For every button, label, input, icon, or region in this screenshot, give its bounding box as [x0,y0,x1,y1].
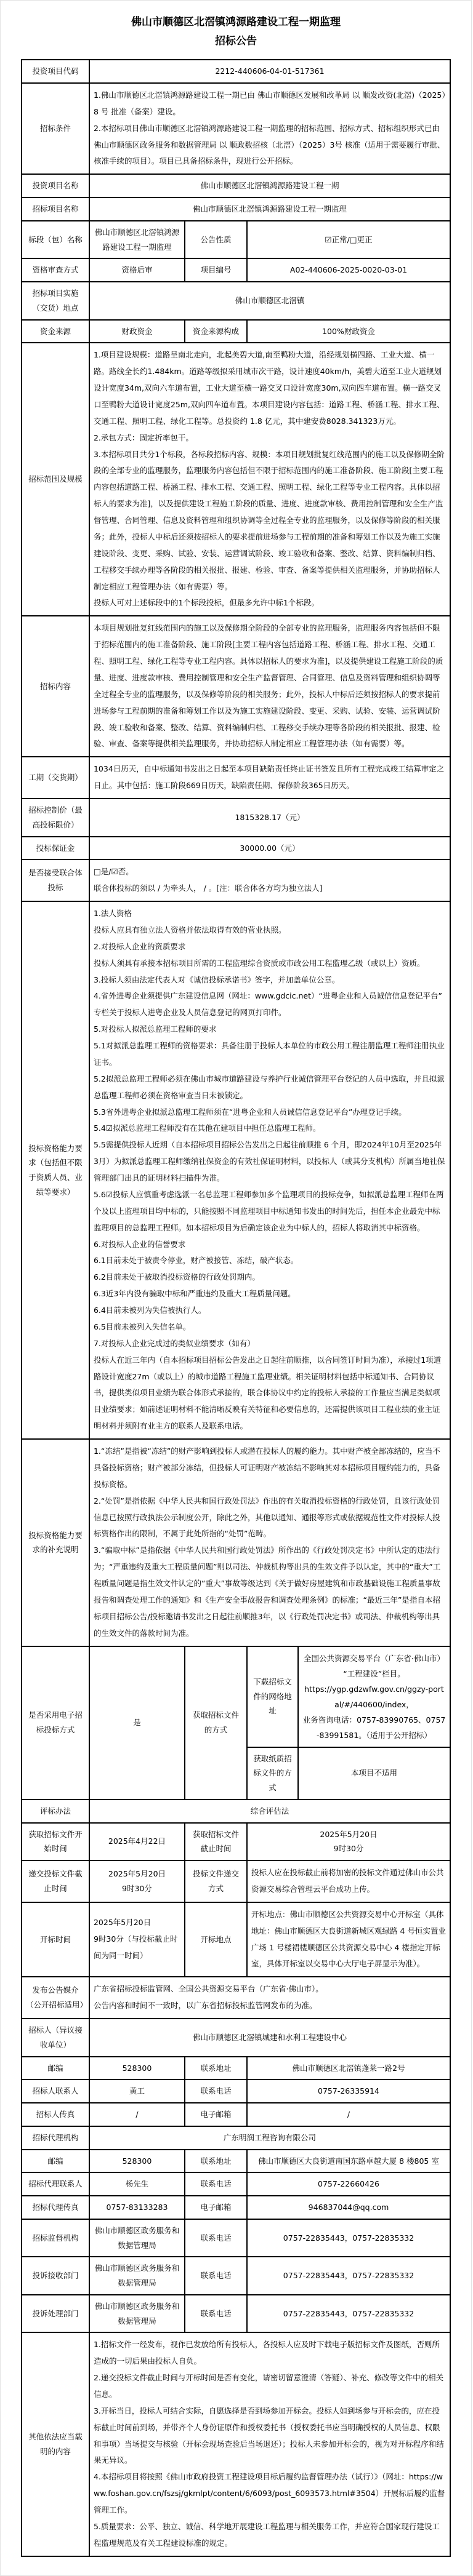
download-address-label: 下载招标文件的网络地址 [247,1646,298,1747]
row-section-name: 标段（包）名称 佛山市顺德区北滘镇鸿源路建设工程一期监理 公告性质 ☑正常/□更… [22,221,450,259]
section-name-value: 佛山市顺德区北滘镇鸿源路建设工程一期监理 [89,221,185,259]
project-code-label: 投资项目代码 [22,60,89,83]
opening-place-label: 开标地点 [185,1902,247,1977]
row-other: 其他依法应当载明的内容 1.招标文件一经发布，视作已发放给所有投标人，各投标人应… [22,2332,450,2556]
duration-value: 1034日历天，自中标通知书发出之日起至本项目缺陷责任终止证书签发且所有工程完成… [89,757,450,799]
row-supervision: 招标监督机构 佛山市顺德区政务服务和数据管理局 联系电话 0757-228354… [22,2219,450,2257]
row-investment-project-name: 投资项目名称 佛山市顺德区北滘镇鸿源路建设工程一期 [22,174,450,197]
bid-bond-value: 30000.00（元） [89,837,450,860]
row-location: 招标项目实施（交货）地点 佛山市顺德区北滘镇 [22,282,450,320]
consortium-value: □是/☑否。 联合体投标的须以 / 为牵头人， / 。[注：联合体各方均为独立法… [89,859,450,901]
row-tenderer-postcode: 邮编 528300 联系地址 佛山市顺德区北滘镇蓬莱一路2号 [22,2057,450,2080]
content-value: 本项目规划批复红线范围内的施工以及保修期全阶段的全部专业的监理服务，监理服务内容… [89,616,450,757]
submission-deadline-label: 递交投标文件截止时间 [22,1860,89,1902]
media-label: 发布公告媒介（公开招标适用） [22,1977,89,2019]
tender-conditions-value: 1.佛山市顺德区北滘镇鸿源路建设工程一期已由 佛山市顺德区发展和改革局 以 顺发… [89,83,450,174]
agency-label: 招标代理机构 [22,2126,89,2150]
tenderer-label: 招标人（异议接收单位） [22,2019,89,2057]
supervision-value: 佛山市顺德区政务服务和数据管理局 [89,2219,185,2257]
row-electronic-bidding: 是否采用电子招标投标方式 是 获取招标文件的方式 下载招标文件的网络地址 全国公… [22,1646,450,1747]
row-bid-bond: 投标保证金 30000.00（元） [22,837,450,860]
scope-value: 1.项目建设规模：道路呈南北走向，北起美碧大道,南至鸭粉大道，沿经规划横四路、工… [89,343,450,616]
electronic-bidding-label: 是否采用电子招标投标方式 [22,1646,89,1800]
agency-address-label: 联系地址 [185,2150,247,2173]
opening-place-value: 开标地点：佛山市顺德区公共资源交易中心开标室（具体地址：佛山市顺德区大良街道新城… [247,1902,450,1977]
qualification-requirements-label: 投标资格能力要求（包括但不限于资质人员、业绩等要求） [22,901,89,1439]
evaluation-value: 综合评估法 [89,1800,450,1823]
location-label: 招标项目实施（交货）地点 [22,282,89,320]
page-title: 佛山市顺德区北滘镇鸿源路建设工程一期监理 招标公告 [1,13,471,50]
tenderer-phone-value: 0757-26335914 [247,2080,450,2103]
tenderer-postcode-label: 邮编 [22,2057,89,2080]
agency-phone-value: 0757-22660426 [247,2172,450,2196]
consortium-label: 是否接受联合体投标 [22,859,89,901]
tenderer-address-value: 佛山市顺德区北滘镇蓬莱一路2号 [247,2057,450,2080]
tender-project-name-value: 佛山市顺德区北滘镇鸿源路建设工程一期监理 [89,197,450,221]
agency-email-value: 946837044@qq.com [247,2196,450,2219]
page-title-line2: 招标公告 [1,32,471,51]
tender-project-name-label: 招标项目名称 [22,197,89,221]
doc-obtain-start-label: 获取招标文件开始时间 [22,1823,89,1861]
agency-phone-label: 联系电话 [185,2172,247,2196]
supplementary-notes-label: 投标资格能力要求的补充说明 [22,1439,89,1646]
tenderer-email-label: 电子邮箱 [185,2103,247,2126]
project-number-label: 项目编号 [185,258,247,282]
other-value: 1.招标文件一经发布，视作已发放给所有投标人，各投标人应及时下载电子版招标文件及… [89,2332,450,2556]
row-complaint-receiving: 投诉接收部门 佛山市顺德区政务服务和数据管理局 联系电话 0757-228354… [22,2257,450,2295]
notice-nature-value: ☑正常/□更正 [247,221,450,259]
funding-label: 资金来源 [22,320,89,343]
duration-label: 工期（交货期） [22,757,89,799]
funding-value: 财政资金 [89,320,185,343]
page-title-line1: 佛山市顺德区北滘镇鸿源路建设工程一期监理 [1,13,471,32]
supplementary-notes-value: 1.“冻结”是指被“冻结”的财产影响到投标人或潜在投标人的履约能力。其中财产被全… [89,1439,450,1646]
row-agency: 招标代理机构 广东明润工程咨询有限公司 [22,2126,450,2150]
supervision-label: 招标监督机构 [22,2219,89,2257]
tenderer-contact-value: 黄工 [89,2080,185,2103]
agency-value: 广东明润工程咨询有限公司 [89,2126,450,2150]
submission-deadline-value: 2025年5月20日 9时30分 [89,1860,185,1902]
row-project-code: 投资项目代码 2212-440606-04-01-517361 [22,60,450,83]
qualification-review-label: 资格审查方式 [22,258,89,282]
tender-conditions-label: 招标条件 [22,83,89,174]
row-supplementary-notes: 投标资格能力要求的补充说明 1.“冻结”是指被“冻结”的财产影响到投标人或潜在投… [22,1439,450,1646]
row-funding: 资金来源 财政资金 资金来源构成 100%财政资金 [22,320,450,343]
complaint-receiving-label: 投诉接收部门 [22,2257,89,2295]
doc-obtain-start-value: 2025年4月22日 [89,1823,185,1861]
tenderer-address-label: 联系地址 [185,2057,247,2080]
supervision-phone-value: 0757-22835443，0757-22835332 [247,2219,450,2257]
section-name-label: 标段（包）名称 [22,221,89,259]
agency-postcode-label: 邮编 [22,2150,89,2173]
agency-fax-label: 招标代理传真 [22,2196,89,2219]
agency-postcode-value: 528300 [89,2150,185,2173]
complaint-receiving-value: 佛山市顺德区政务服务和数据管理局 [89,2257,185,2295]
evaluation-label: 评标办法 [22,1800,89,1823]
opening-time-value: 2025年5月20日 9时30分（与投标截止时间为同一时间） [89,1902,185,1977]
row-agency-fax: 招标代理传真 0757-83133283 电子邮箱 946837044@qq.c… [22,2196,450,2219]
submission-method-label: 投标文件递交方式 [185,1860,247,1902]
content-label: 招标内容 [22,616,89,757]
row-tender-project-name: 招标项目名称 佛山市顺德区北滘镇鸿源路建设工程一期监理 [22,197,450,221]
location-value: 佛山市顺德区北滘镇 [89,282,450,320]
row-doc-obtain-time: 获取招标文件开始时间 2025年4月22日 获取招标文件截止时间 2025年5月… [22,1823,450,1861]
row-tenderer-contact: 招标人联系人 黄工 联系电话 0757-26335914 [22,2080,450,2103]
announcement-table: 投资项目代码 2212-440606-04-01-517361 招标条件 1.佛… [21,59,451,2557]
bid-bond-label: 投标保证金 [22,837,89,860]
complaint-receiving-phone-value: 0757-22835443，0757-22835332 [247,2257,450,2295]
complaint-handling-label: 投诉处理部门 [22,2295,89,2333]
investment-project-name-value: 佛山市顺德区北滘镇鸿源路建设工程一期 [89,174,450,197]
tenderer-phone-label: 联系电话 [185,2080,247,2103]
submission-method-value: 投标人应在投标截止前将加密的投标文件通过佛山市公共资源交易综合管理云平台成功上传… [247,1860,450,1902]
other-label: 其他依法应当载明的内容 [22,2332,89,2556]
tenderer-fax-value: / [89,2103,185,2126]
row-scope: 招标范围及规模 1.项目建设规模：道路呈南北走向，北起美碧大道,南至鸭粉大道，沿… [22,343,450,616]
row-agency-postcode: 邮编 528300 联系地址 佛山市顺德区大良街道南国东路卓越大厦 8 楼805… [22,2150,450,2173]
paper-doc-label: 获取纸质招标文件的方式 [247,1747,298,1800]
media-value: 广东省招标投标监管网、全国公共资源交易平台（广东省·佛山市）。 公告内容和时间不… [89,1977,450,2019]
row-tender-conditions: 招标条件 1.佛山市顺德区北滘镇鸿源路建设工程一期已由 佛山市顺德区发展和改革局… [22,83,450,174]
opening-time-label: 开标时间 [22,1902,89,1977]
control-price-value: 1815328.17（元） [89,799,450,837]
row-tenderer-fax: 招标人传真 / 电子邮箱 / [22,2103,450,2126]
row-content: 招标内容 本项目规划批复红线范围内的施工以及保修期全阶段的全部专业的监理服务，监… [22,616,450,757]
agency-email-label: 电子邮箱 [185,2196,247,2219]
complaint-handling-phone-label: 联系电话 [185,2295,247,2333]
project-code-value: 2212-440606-04-01-517361 [89,60,450,83]
doc-obtain-deadline-value: 2025年5月20日 9时30分 [247,1823,450,1861]
tenderer-postcode-value: 528300 [89,2057,185,2080]
tenderer-email-value: / [247,2103,450,2126]
tenderer-value: 佛山市顺德区北滘镇城建和水利工程建设中心 [89,2019,450,2057]
row-media: 发布公告媒介（公开招标适用） 广东省招标投标监管网、全国公共资源交易平台（广东省… [22,1977,450,2019]
qualification-requirements-value: 1.法人资格 投标人应具有独立法人资格并依法取得有效的营业执照。 2.对投标人企… [89,901,450,1439]
agency-fax-value: 0757-83133283 [89,2196,185,2219]
row-duration: 工期（交货期） 1034日历天，自中标通知书发出之日起至本项目缺陷责任终止证书签… [22,757,450,799]
tenderer-fax-label: 招标人传真 [22,2103,89,2126]
scope-label: 招标范围及规模 [22,343,89,616]
doc-obtain-method-label: 获取招标文件的方式 [185,1646,247,1800]
row-opening: 开标时间 2025年5月20日 9时30分（与投标截止时间为同一时间） 开标地点… [22,1902,450,1977]
complaint-receiving-phone-label: 联系电话 [185,2257,247,2295]
notice-nature-label: 公告性质 [185,221,247,259]
electronic-bidding-value: 是 [89,1646,185,1800]
funding-composition-label: 资金来源构成 [185,320,247,343]
agency-contact-label: 招标代理联系人 [22,2172,89,2196]
download-address-value: 全国公共资源交易平台（广东省·佛山市）“工程建设”栏目。 https://ygp… [298,1646,450,1747]
tenderer-contact-label: 招标人联系人 [22,2080,89,2103]
row-submission: 递交投标文件截止时间 2025年5月20日 9时30分 投标文件递交方式 投标人… [22,1860,450,1902]
row-consortium: 是否接受联合体投标 □是/☑否。 联合体投标的须以 / 为牵头人， / 。[注：… [22,859,450,901]
row-complaint-handling: 投诉处理部门 佛山市顺德区政务服务和数据管理局 联系电话 0757-228354… [22,2295,450,2333]
announcement-page: 佛山市顺德区北滘镇鸿源路建设工程一期监理 招标公告 投资项目代码 2212-44… [0,0,472,2576]
qualification-review-value: 资格后审 [89,258,185,282]
supervision-phone-label: 联系电话 [185,2219,247,2257]
row-qualification-review: 资格审查方式 资格后审 项目编号 A02-440606-2025-0020-03… [22,258,450,282]
funding-composition-value: 100%财政资金 [247,320,450,343]
investment-project-name-label: 投资项目名称 [22,174,89,197]
complaint-handling-value: 佛山市顺德区政务服务和数据管理局 [89,2295,185,2333]
complaint-handling-phone-value: 0757-22835443，0757-22835332 [247,2295,450,2333]
doc-obtain-deadline-label: 获取招标文件截止时间 [185,1823,247,1861]
project-number-value: A02-440606-2025-0020-03-01 [247,258,450,282]
row-agency-contact: 招标代理联系人 杨先生 联系电话 0757-22660426 [22,2172,450,2196]
row-control-price: 招标控制价（最高投标限价） 1815328.17（元） [22,799,450,837]
row-evaluation: 评标办法 综合评估法 [22,1800,450,1823]
agency-address-value: 佛山市顺德区大良街道南国东路卓越大厦 8 楼805 室 [247,2150,450,2173]
agency-contact-value: 杨先生 [89,2172,185,2196]
row-tenderer: 招标人（异议接收单位） 佛山市顺德区北滘镇城建和水利工程建设中心 [22,2019,450,2057]
row-qualification-requirements: 投标资格能力要求（包括但不限于资质人员、业绩等要求） 1.法人资格 投标人应具有… [22,901,450,1439]
paper-doc-value: 本项目不适用 [298,1747,450,1800]
control-price-label: 招标控制价（最高投标限价） [22,799,89,837]
